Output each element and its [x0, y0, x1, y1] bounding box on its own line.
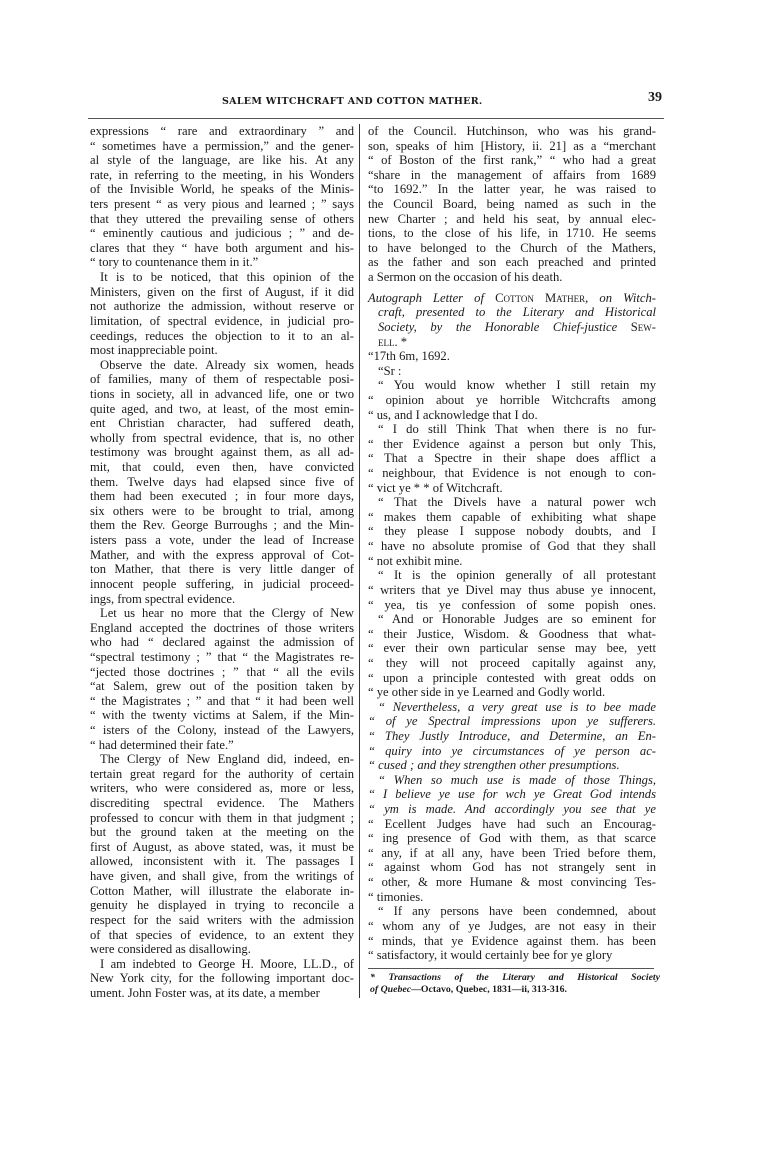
text-line: “ timonies.: [368, 890, 656, 905]
footnote-line-2: of Quebec—Octavo, Quebec, 1831—ii, 313-3…: [370, 984, 660, 996]
text-line: “ with the twenty victims at Salem, if t…: [90, 708, 354, 723]
text-line: “ sometimes have a permission,” and the …: [90, 139, 354, 154]
text-line: “ I believe ye use for wch ye Great God …: [368, 787, 656, 802]
text-line: “ other, & more Humane & most convincing…: [368, 875, 656, 890]
letter-heading-line-2: craft, presented to the Literary and His…: [368, 305, 656, 320]
text-line: quite aged, and two, at least, of the mo…: [90, 402, 354, 417]
text-line: innocent people suffering, in judicial p…: [90, 577, 354, 592]
text-line: Observe the date. Already six women, hea…: [90, 358, 354, 373]
text-line: “ Ecellent Judges have had such an Encou…: [368, 817, 656, 832]
text-line: al style of the language, are like his. …: [90, 153, 354, 168]
text-line: genuity he displayed in trying to reconc…: [90, 898, 354, 913]
text-line: “ When so much use is made of those Thin…: [368, 773, 656, 788]
text-line: clares that they “ have both argument an…: [90, 241, 354, 256]
text-line: ton Mather, that there is very little da…: [90, 562, 354, 577]
text-line: New York city, for the following importa…: [90, 971, 354, 986]
text-line: wholly from spectral evidence, that is, …: [90, 431, 354, 446]
text-line: who had “ declared against the admission…: [90, 635, 354, 650]
text-line: of families, many of them of respectable…: [90, 372, 354, 387]
text-line: of the Invisible World, he speaks of the…: [90, 182, 354, 197]
text-line: but the ground taken at the meeting on t…: [90, 825, 354, 840]
running-title: SALEM WITCHCRAFT AND COTTON MATHER.: [222, 96, 483, 107]
letter-date: “17th 6m, 1692.: [368, 349, 656, 364]
text-line: isters pass a vote, under the lead of In…: [90, 533, 354, 548]
text-line: England accepted the doctrines of those …: [90, 621, 354, 636]
text-line: “ have no absolute promise of God that t…: [368, 539, 656, 554]
text-line: ument. John Foster was, at its date, a m…: [90, 986, 354, 1001]
text-line: “jected those doctrines ; ” that “ all t…: [90, 665, 354, 680]
text-line: “spectral testimony ; ” that “ the Magis…: [90, 650, 354, 665]
letter-body: “ You would know whether I still retain …: [368, 378, 656, 962]
right-column: of the Council. Hutchinson, who was his …: [368, 124, 656, 963]
text-line: ent Christian character, had suffered de…: [90, 416, 354, 431]
text-line: “ quiry into ye circumstances of ye pers…: [368, 744, 656, 759]
text-line: “at Salem, grew out of the position take…: [90, 679, 354, 694]
text-line: “ And or Honorable Judges are so eminent…: [368, 612, 656, 627]
text-line: “ us, and I acknowledge that I do.: [368, 408, 656, 423]
text-line: “ eminently cautious and judicious ; ” a…: [90, 226, 354, 241]
page-number: 39: [648, 90, 662, 106]
letter-heading: Autograph Letter of Cotton Mather, on Wi…: [368, 291, 656, 349]
text-line: “ satisfactory, it would certainly bee f…: [368, 948, 656, 963]
header-rule: [88, 118, 664, 119]
letter-heading-line-3: Society, by the Honorable Chief-justice …: [368, 320, 656, 335]
text-line: new Charter ; and held his seat, by annu…: [368, 212, 656, 227]
text-line: most inappreciable point.: [90, 343, 354, 358]
text-line: “ of Boston of the first rank,” “ who ha…: [368, 153, 656, 168]
text-line: that they uttered the prevailing sense o…: [90, 212, 354, 227]
letter-heading-line-4: ell. *: [368, 335, 656, 350]
text-line: “ minds, that ye Evidence against them. …: [368, 934, 656, 949]
text-line: ceedings, reduces the objection to it to…: [90, 329, 354, 344]
text-line: them the Rev. George Burroughs ; and the…: [90, 518, 354, 533]
text-line: testimony was brought against them, as a…: [90, 445, 354, 460]
text-line: “ That the Divels have a natural power w…: [368, 495, 656, 510]
footnote: * Transactions of the Literary and Histo…: [370, 972, 660, 996]
text-line: first of August, as above stated, was, i…: [90, 840, 354, 855]
text-line: I am indebted to George H. Moore, LL.D.,…: [90, 957, 354, 972]
letter-heading-line-1: Autograph Letter of Cotton Mather, on Wi…: [368, 291, 656, 306]
footnote-rule: [368, 968, 654, 969]
text-line: “ yea, tis ye confession of some popish …: [368, 598, 656, 613]
text-line: expressions “ rare and extraordinary ” a…: [90, 124, 354, 139]
text-line: not authorize the admission, without res…: [90, 299, 354, 314]
text-line: professed to concur with them in that ju…: [90, 811, 354, 826]
text-line: “ had determined their fate.”: [90, 738, 354, 753]
text-line: “ any, if at all any, have been Tried be…: [368, 846, 656, 861]
text-line: “ opinion about ye horrible Witchcrafts …: [368, 393, 656, 408]
text-line: Let us hear no more that the Clergy of N…: [90, 606, 354, 621]
text-line: “ They Justly Introduce, and Determine, …: [368, 729, 656, 744]
text-line: tions in society, all in advanced life, …: [90, 387, 354, 402]
text-line: “ tory to countenance them in it.”: [90, 255, 354, 270]
text-line: “ their Justice, Wisdom. & Goodness that…: [368, 627, 656, 642]
text-line: limitation, of spectral evidence, in jud…: [90, 314, 354, 329]
text-line: “ cused ; and they strengthen other pres…: [368, 758, 656, 773]
text-line: “ they please I suppose nobody doubts, a…: [368, 524, 656, 539]
text-line: Mather, and with the express approval of…: [90, 548, 354, 563]
text-line: ters present “ as very pious and learned…: [90, 197, 354, 212]
text-line: ings, from spectral evidence.: [90, 592, 354, 607]
text-line: six others were to be brought to trial, …: [90, 504, 354, 519]
text-line: “ ym is made. And accordingly you see th…: [368, 802, 656, 817]
text-line: “ vict ye * * of Witchcraft.: [368, 481, 656, 496]
text-line: them had been executed ; in four more da…: [90, 489, 354, 504]
letter-salutation: “Sr :: [368, 364, 656, 379]
text-line: “ neighbour, that Evidence is not enough…: [368, 466, 656, 481]
footnote-line-1: * Transactions of the Literary and Histo…: [370, 972, 660, 984]
column-divider: [359, 124, 360, 998]
text-line: allowed, inconsistent with it. The passa…: [90, 854, 354, 869]
text-line: a Sermon on the occasion of his death.: [368, 270, 656, 285]
text-line: of the Council. Hutchinson, who was his …: [368, 124, 656, 139]
text-line: “ writers that ye Divel may thus abuse y…: [368, 583, 656, 598]
text-line: “ Nevertheless, a very great use is to b…: [368, 700, 656, 715]
text-line: “ That a Spectre in their shape does aff…: [368, 451, 656, 466]
text-line: rate, in referring to the meeting, in hi…: [90, 168, 354, 183]
text-line: “ makes them capable of exhibiting what …: [368, 510, 656, 525]
text-line: It is to be noticed, that this opinion o…: [90, 270, 354, 285]
text-line: The Clergy of New England did, indeed, e…: [90, 752, 354, 767]
text-line: “ If any persons have been condemned, ab…: [368, 904, 656, 919]
text-line: “ the Magistrates ; ” and that “ it had …: [90, 694, 354, 709]
text-line: writers, who were considered as, more or…: [90, 781, 354, 796]
text-line: Ministers, given on the first of August,…: [90, 285, 354, 300]
text-line: “ of ye Spectral impressions upon ye suf…: [368, 714, 656, 729]
text-line: “ ing presence of God with them, as that…: [368, 831, 656, 846]
text-line: the Council Board, being named as such i…: [368, 197, 656, 212]
text-line: “ ever their own particular sense may be…: [368, 641, 656, 656]
text-line: of that species of evidence, to an exten…: [90, 928, 354, 943]
text-line: “ upon a principle contested with great …: [368, 671, 656, 686]
text-line: “ ther Evidence against a person but onl…: [368, 437, 656, 452]
text-line: tertain great regard for the authority o…: [90, 767, 354, 782]
text-line: “ isters of the Colony, instead of the L…: [90, 723, 354, 738]
text-line: respect for the said writers with the ad…: [90, 913, 354, 928]
text-line: “ ye other side in ye Learned and Godly …: [368, 685, 656, 700]
text-line: them. Twelve days had elapsed since five…: [90, 475, 354, 490]
text-line: “ I do still Think That when there is no…: [368, 422, 656, 437]
text-line: “ they will not proceed capitally agains…: [368, 656, 656, 671]
text-line: were considered as disallowing.: [90, 942, 354, 957]
left-column: expressions “ rare and extraordinary ” a…: [90, 124, 354, 1001]
text-line: “ not exhibit mine.: [368, 554, 656, 569]
text-line: as the father and son each preached and …: [368, 255, 656, 270]
text-line: son, speaks of him [History, ii. 21] as …: [368, 139, 656, 154]
intro-paragraph: of the Council. Hutchinson, who was his …: [368, 124, 656, 285]
text-line: “ against whom God has not strangely sen…: [368, 860, 656, 875]
text-line: “ You would know whether I still retain …: [368, 378, 656, 393]
text-line: “ It is the opinion generally of all pro…: [368, 568, 656, 583]
text-line: tions, to the close of his life, in 1710…: [368, 226, 656, 241]
text-line: have given, and shall give, from the wri…: [90, 869, 354, 884]
text-line: mit, that could, even then, have convict…: [90, 460, 354, 475]
text-line: “share in the management of affairs from…: [368, 168, 656, 183]
text-line: discrediting spectral evidence. The Math…: [90, 796, 354, 811]
text-line: Cotton Mather, will illustrate the elabo…: [90, 884, 354, 899]
text-line: “ whom any of ye Judges, are not easy in…: [368, 919, 656, 934]
text-line: “to 1692.” In the latter year, he was ra…: [368, 182, 656, 197]
text-line: to have belonged to the Church of the Ma…: [368, 241, 656, 256]
